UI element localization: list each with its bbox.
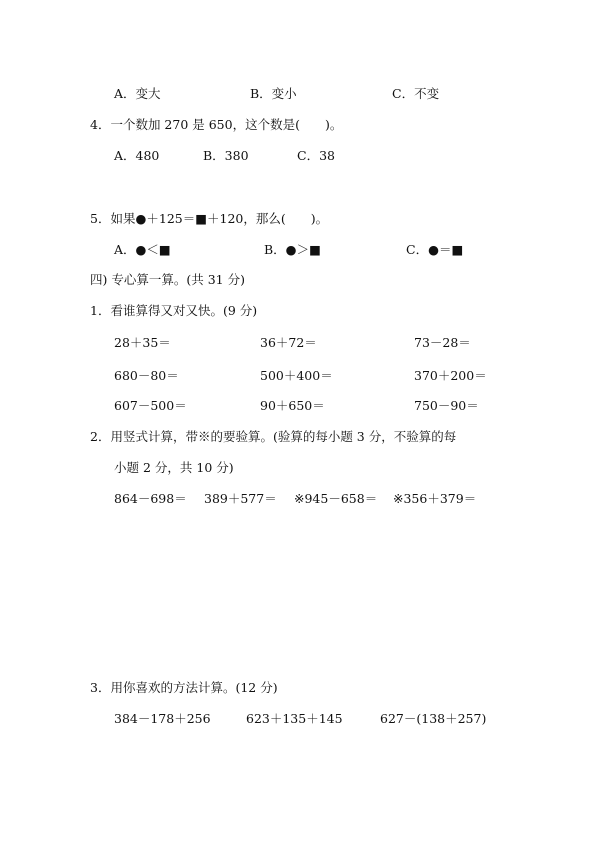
q5-stem: 5．如果●＋125＝■＋120，那么( )。 xyxy=(90,211,328,227)
q5-option-a: A．●＜■ xyxy=(114,242,171,258)
q5-option-c: C．●＝■ xyxy=(406,242,463,258)
q4-option-b: B．380 xyxy=(203,148,249,164)
oral-problem: 370＋200＝ xyxy=(414,368,487,384)
part3-title: 3．用你喜欢的方法计算。(12 分) xyxy=(90,680,278,696)
q3-option-b: B．变小 xyxy=(250,86,297,102)
part2-title-line1: 2．用竖式计算，带※的要验算。(验算的每小题 3 分，不验算的每 xyxy=(90,429,456,445)
q3-option-c: C．不变 xyxy=(392,86,439,102)
part2-title-line2: 小题 2 分，共 10 分) xyxy=(114,460,234,476)
section-4-title: 四) 专心算一算。(共 31 分) xyxy=(90,272,245,288)
oral-problem: 680－80＝ xyxy=(114,368,179,384)
q4-option-a: A．480 xyxy=(114,148,159,164)
vertical-problem: 389＋577＝ xyxy=(204,491,277,507)
oral-problem: 750－90＝ xyxy=(414,398,479,414)
q4-option-c: C．38 xyxy=(297,148,335,164)
q5-option-b: B．●＞■ xyxy=(264,242,321,258)
oral-problem: 607－500＝ xyxy=(114,398,187,414)
oral-problem: 28＋35＝ xyxy=(114,335,171,351)
part1-title: 1．看谁算得又对又快。(9 分) xyxy=(90,303,257,319)
q4-stem: 4．一个数加 270 是 650，这个数是( )。 xyxy=(90,117,342,133)
vertical-problem: 864－698＝ xyxy=(114,491,187,507)
vertical-problem: ※945－658＝ xyxy=(294,491,377,507)
oral-problem: 36＋72＝ xyxy=(260,335,317,351)
flexible-problem: 623＋135＋145 xyxy=(246,711,343,727)
q3-option-a: A．变大 xyxy=(114,86,161,102)
oral-problem: 73－28＝ xyxy=(414,335,471,351)
flexible-problem: 384－178＋256 xyxy=(114,711,211,727)
oral-problem: 90＋650＝ xyxy=(260,398,325,414)
flexible-problem: 627－(138＋257) xyxy=(380,711,486,727)
vertical-problem: ※356＋379＝ xyxy=(393,491,476,507)
oral-problem: 500＋400＝ xyxy=(260,368,333,384)
